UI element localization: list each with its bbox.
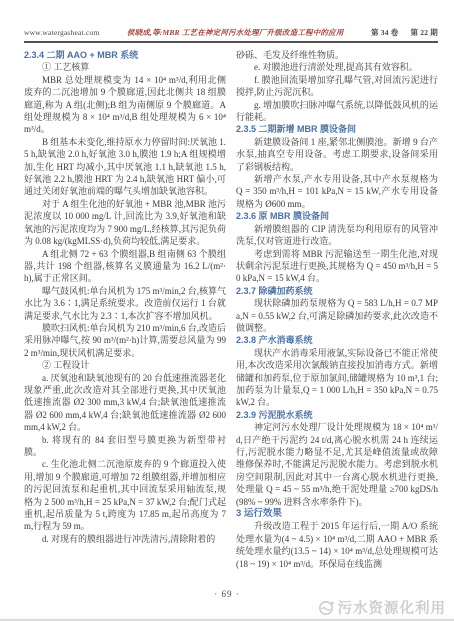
paragraph: ① 工艺核算 — [24, 61, 226, 73]
paragraph: e. 对膜池进行清淤处理,提高其有效容积。 — [236, 61, 438, 73]
section-heading: 2.3.5 二期新增 MBR 膜设备间 — [236, 123, 438, 135]
volume-issue: 第 34 卷 第 22 期 — [371, 27, 438, 38]
paragraph: f. 膜池回流渠增加穿孔曝气管,对回流污泥进行搅拌,防止污泥沉积。 — [236, 74, 438, 99]
paragraph: b. 将现有的 84 套旧型号膜更换为新型带衬膜。 — [24, 434, 226, 459]
paragraph: 曝气鼓风机:单台风机为 175 m³/min,2 台,核算气水比为 3.6∶1,… — [24, 285, 226, 322]
article-body: 2.3.4 二期 AAO + MBR 系统① 工艺核算MBR 总处理规模变为 1… — [24, 49, 438, 576]
paragraph: 新建膜设备间 1 座,紧邻北侧膜池。新增 9 台产水泵,抽真空专用设备。考虑工期… — [236, 136, 438, 173]
section-heading: 2.3.7 除磷加药系统 — [236, 285, 438, 297]
paragraph: A 组北侧 72 + 63 个膜组器,B 组南侧 63 个膜组器,共计 198 … — [24, 248, 226, 285]
paragraph: g. 增加膜吹扫脉冲曝气系统,以降低鼓风机的运行能耗。 — [236, 99, 438, 124]
paragraph: 新增产水泵,产水专用设备,其中产水泵规格为 Q = 350 m³/h,H = 1… — [236, 173, 438, 210]
section-heading: 2.3.9 污泥脱水系统 — [236, 409, 438, 421]
paragraph: 膜吹扫风机:单台风机为 210 m³/min,6 台,改造后采用脉冲曝气,按 9… — [24, 322, 226, 359]
column-right: 砂砾、毛发及纤维性物质。e. 对膜池进行清淤处理,提高其有效容积。f. 膜池回流… — [236, 49, 438, 576]
paragraph: MBR 总处理规模变为 14 × 10⁴ m³/d,利用北侧废弃的二沉池增加 9… — [24, 74, 226, 136]
paragraph: 新增膜组器的 CIP 清洗泵均利用原有的风管冲洗泵,仅对管道进行改造。 — [236, 223, 438, 248]
watermark-label: 污水资源化利用 — [338, 597, 447, 618]
page-header: www.watergasheat.com 侯晓成,等:MBR 工艺在神定河污水处… — [24, 27, 438, 38]
issue-label: 第 22 期 — [411, 28, 438, 37]
paragraph: 升级改造工程于 2015 年运行后,一期 A/O 系统处理水量为(4 ~ 4.5… — [236, 520, 438, 570]
paragraph: 砂砾、毛发及纤维性物质。 — [236, 49, 438, 61]
paragraph: 考虑到需将 MBR 污泥输送至一期生化池,对现状剩余污泥泵进行更换,其规格为 Q… — [236, 248, 438, 285]
paragraph: ② 工程设计 — [24, 359, 226, 371]
watermark: 污水资源化利用 — [317, 597, 447, 618]
paragraph: c. 生化池北侧二沉池原废弃的 9 个廊道投入使用,增加 9 个膜廊道,可增加 … — [24, 458, 226, 532]
journal-website: www.watergasheat.com — [24, 28, 99, 37]
section-heading: 2.3.8 产水消毒系统 — [236, 334, 438, 346]
paragraph: 现状产水消毒采用液氯,实际设备已不能正常使用,本次改造采用次氯酸钠直接投加消毒方… — [236, 347, 438, 409]
column-left: 2.3.4 二期 AAO + MBR 系统① 工艺核算MBR 总处理规模变为 1… — [24, 49, 226, 576]
section-heading: 2.3.4 二期 AAO + MBR 系统 — [24, 49, 226, 61]
paragraph: d. 对现有的膜组器进行冲洗清污,清除附着的 — [24, 533, 226, 545]
paragraph: a. 厌氧池和缺氧池现有的 20 台低速推流器老化现象严重,此次改造对其全部进行… — [24, 372, 226, 434]
header-divider — [24, 41, 438, 43]
volume-label: 第 34 卷 — [371, 28, 398, 37]
running-title: 侯晓成,等:MBR 工艺在神定河污水处理厂升级改造工程中的应用 — [127, 27, 344, 38]
paragraph: B 组基本未变化,维持原水力停留时间:厌氧池 1.5 h,缺氧池 2.0 h,好… — [24, 136, 226, 198]
water-drop-logo-icon — [317, 600, 335, 616]
section-heading: 3 运行效果 — [236, 508, 438, 520]
paragraph: 对于 A 组生化池的好氧池 + MBR 池,MBR 池污泥浓度以 10 000 … — [24, 198, 226, 248]
paragraph: 神定河污水处理厂设计处理规模为 18 × 10⁴ m³/d,日产绝干污泥约 24… — [236, 421, 438, 508]
paragraph: 现状除磷加药泵规格为 Q = 583 L/h,H = 0.7 MPa,N = 0… — [236, 297, 438, 334]
section-heading: 2.3.6 原 MBR 膜设备间 — [236, 210, 438, 222]
journal-page: www.watergasheat.com 侯晓成,等:MBR 工艺在神定河污水处… — [0, 0, 454, 621]
